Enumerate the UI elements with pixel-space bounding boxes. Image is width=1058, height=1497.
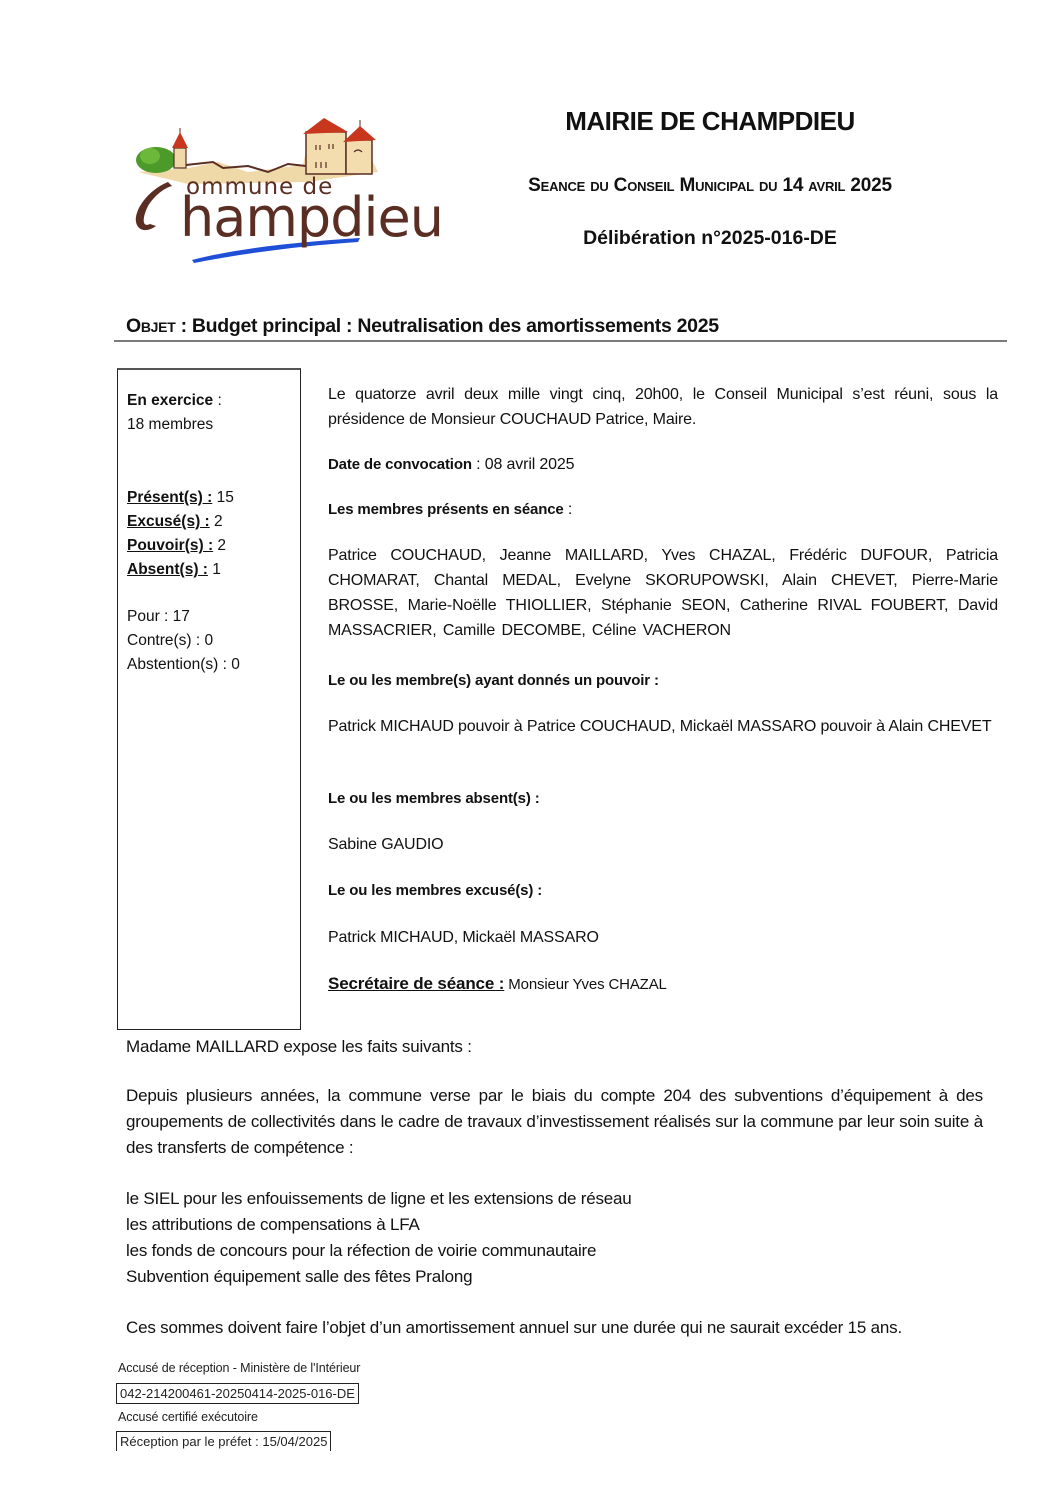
secretaire-label: Secrétaire de séance : bbox=[328, 974, 504, 993]
vote-contre: Contre(s) : 0 bbox=[127, 632, 213, 649]
pouvoir-list: Patrick MICHAUD pouvoir à Patrice COUCHA… bbox=[328, 714, 998, 739]
vote-pour: Pour : 17 bbox=[127, 608, 190, 625]
stamp-accuse-id: 042-214200461-20250414-2025-016-DE bbox=[116, 1383, 359, 1404]
objet-title: Budget principal : Neutralisation des am… bbox=[192, 315, 719, 337]
en-exercice-value: 18 membres bbox=[127, 416, 213, 433]
mairie-title: MAIRIE DE CHAMPDIEU bbox=[470, 106, 950, 137]
absents-heading: Le ou les membres absent(s) : bbox=[328, 786, 998, 811]
list-item: les attributions de compensations à LFA bbox=[126, 1212, 983, 1238]
paragraph-subventions: Depuis plusieurs années, la commune vers… bbox=[126, 1083, 983, 1161]
excuse-label: Excusé(s) : bbox=[127, 513, 210, 530]
objet-divider bbox=[114, 340, 1007, 342]
list-item: le SIEL pour les enfouissements de ligne… bbox=[126, 1186, 983, 1212]
absent-value: 1 bbox=[208, 561, 221, 578]
present-value: 15 bbox=[212, 489, 234, 506]
en-exercice-sep: : bbox=[213, 392, 222, 409]
objet-label: Objet : bbox=[126, 315, 187, 337]
objet-heading: Objet : Budget principal : Neutralisatio… bbox=[126, 315, 719, 338]
commune-logo: ommune de hampdieu bbox=[128, 110, 390, 270]
secretaire-line: Secrétaire de séance : Monsieur Yves CHA… bbox=[328, 971, 998, 997]
secretaire-value: Monsieur Yves CHAZAL bbox=[504, 976, 666, 993]
presents-heading: Les membres présents en séance : bbox=[328, 497, 998, 522]
list-item: les fonds de concours pour la réfection … bbox=[126, 1238, 983, 1264]
pouvoir-heading: Le ou les membre(s) ayant donnés un pouv… bbox=[328, 668, 998, 693]
pouvoir-value: 2 bbox=[213, 537, 226, 554]
en-exercice-label: En exercice bbox=[127, 392, 213, 409]
convocation-value: : 08 avril 2025 bbox=[472, 456, 575, 473]
en-exercice: En exercice : 18 membres bbox=[127, 389, 222, 437]
stamp-accuse-label: Accusé de réception - Ministère de l'Int… bbox=[118, 1361, 360, 1375]
attendance-stats: Présent(s) : 15 Excusé(s) : 2 Pouvoir(s)… bbox=[127, 486, 234, 582]
absents-list: Sabine GAUDIO bbox=[328, 832, 998, 857]
vote-abstention: Abstention(s) : 0 bbox=[127, 656, 240, 673]
paragraph-amortissement: Ces sommes doivent faire l’objet d’un am… bbox=[126, 1315, 983, 1341]
present-label: Présent(s) : bbox=[127, 489, 212, 506]
convocation-date: Date de convocation : 08 avril 2025 bbox=[328, 452, 998, 477]
presents-label: Les membres présents en séance bbox=[328, 501, 564, 518]
absent-label: Absent(s) : bbox=[127, 561, 208, 578]
attendance-count-box: En exercice : 18 membres Présent(s) : 15… bbox=[117, 368, 301, 1030]
excuse-value: 2 bbox=[210, 513, 223, 530]
list-item: Subvention équipement salle des fêtes Pr… bbox=[126, 1264, 983, 1290]
excuses-heading: Le ou les membres excusé(s) : bbox=[328, 878, 998, 903]
deliberation-number: Délibération n°2025-016-DE bbox=[470, 227, 950, 250]
stamp-reception: Réception par le préfet : 15/04/2025 bbox=[116, 1431, 331, 1451]
session-intro: Le quatorze avril deux mille vingt cinq,… bbox=[328, 382, 998, 432]
presents-sep: : bbox=[564, 501, 573, 518]
presents-list: Patrice COUCHAUD, Jeanne MAILLARD, Yves … bbox=[328, 543, 998, 643]
logo-text-champdieu: hampdieu bbox=[180, 186, 443, 249]
subventions-list: le SIEL pour les enfouissements de ligne… bbox=[126, 1186, 983, 1290]
expose-line: Madame MAILLARD expose les faits suivant… bbox=[126, 1034, 983, 1060]
stamp-certifie-label: Accusé certifié exécutoire bbox=[118, 1410, 258, 1424]
seance-title: Seance du Conseil Municipal du 14 avril … bbox=[470, 175, 950, 197]
vote-results: Pour : 17 Contre(s) : 0 Abstention(s) : … bbox=[127, 605, 240, 677]
excuses-list: Patrick MICHAUD, Mickaël MASSARO bbox=[328, 925, 998, 950]
convocation-label: Date de convocation bbox=[328, 456, 472, 473]
pouvoir-label: Pouvoir(s) : bbox=[127, 537, 213, 554]
